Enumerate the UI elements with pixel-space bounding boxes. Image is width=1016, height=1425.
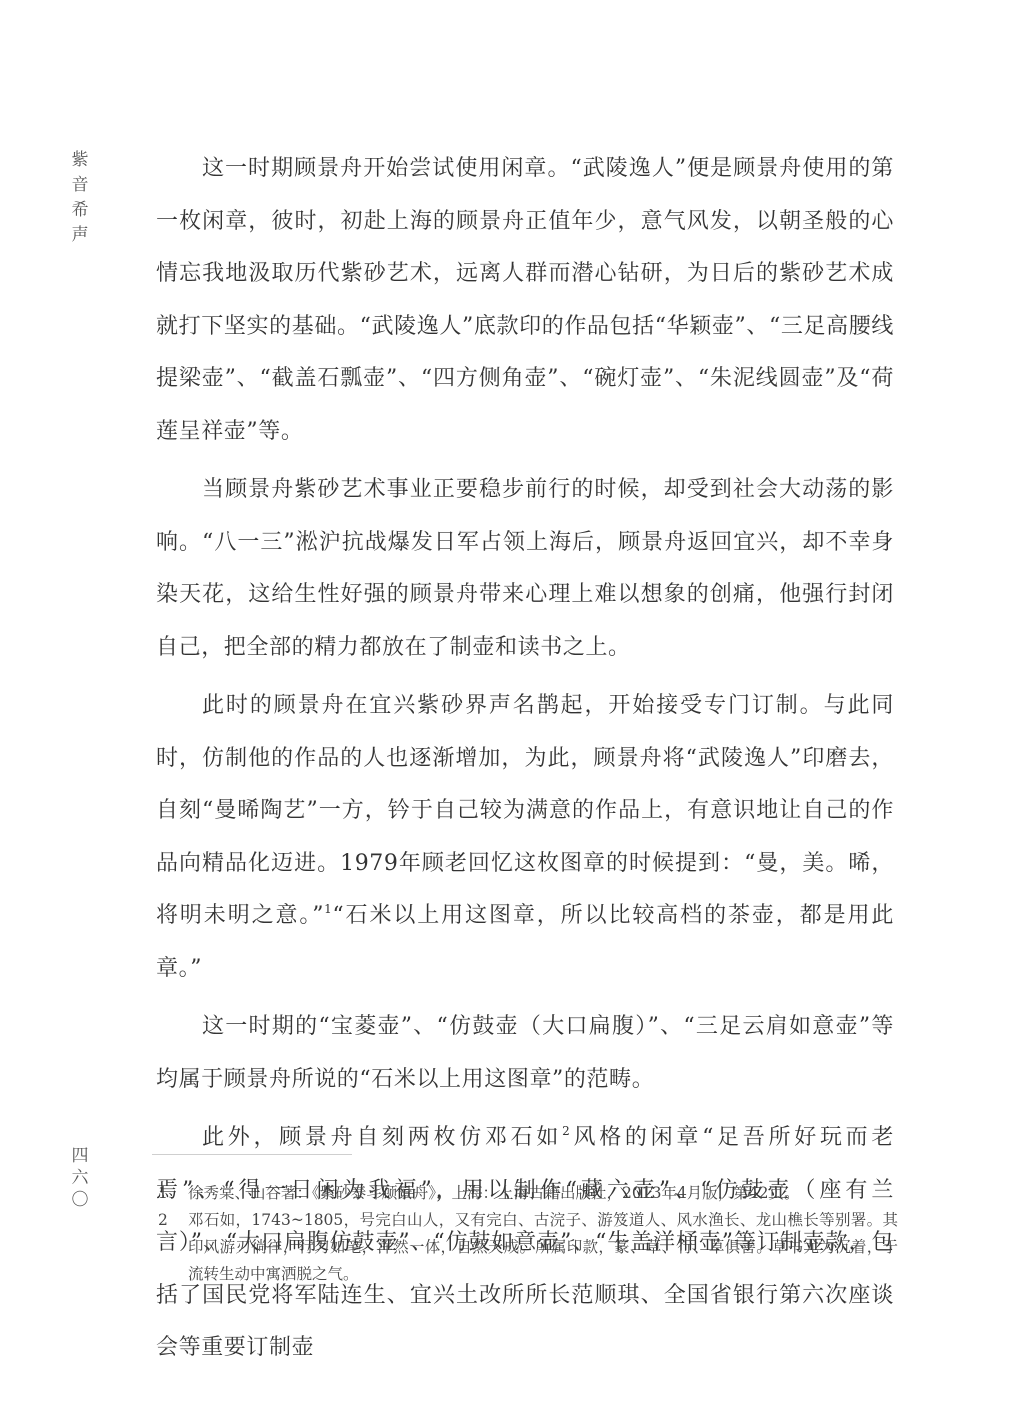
running-head-char: 希 <box>68 198 92 223</box>
page-number-char: 六 <box>68 1167 92 1189</box>
paragraph-text: 此外，顾景舟自刻两枚仿邓石如 <box>202 1125 562 1150</box>
footnote-number: 1 <box>158 1180 188 1207</box>
paragraph: 此时的顾景舟在宜兴紫砂界声名鹊起，开始接受专门订制。与此同时，仿制他的作品的人也… <box>156 680 894 995</box>
paragraph: 这一时期顾景舟开始尝试使用闲章。“武陵逸人”便是顾景舟使用的第一枚闲章，彼时，初… <box>156 143 894 458</box>
footnote-number: 2 <box>158 1207 188 1288</box>
running-head-char: 声 <box>68 223 92 248</box>
footnotes: 1 徐秀棠、山谷著：《紫砂泰斗顾景舟》，上海：上海古籍出版社，2013年4月版，… <box>158 1180 898 1288</box>
page-number-char: 〇 <box>68 1189 92 1211</box>
page-number: 四 六 〇 <box>68 1145 92 1211</box>
footnote: 1 徐秀棠、山谷著：《紫砂泰斗顾景舟》，上海：上海古籍出版社，2013年4月版，… <box>158 1180 898 1207</box>
page-number-char: 四 <box>68 1145 92 1167</box>
footnote: 2 邓石如，1743~1805，号完白山人，又有完白、古浣子、游笈道人、风水渔长… <box>158 1207 898 1288</box>
footnote-text: 邓石如，1743~1805，号完白山人，又有完白、古浣子、游笈道人、风水渔长、龙… <box>188 1207 898 1288</box>
footnote-text: 徐秀棠、山谷著：《紫砂泰斗顾景舟》，上海：上海古籍出版社，2013年4月版，第4… <box>188 1180 898 1207</box>
running-head-char: 紫 <box>68 148 92 173</box>
paragraph: 这一时期的“宝菱壶”、“仿鼓壶（大口扁腹）”、“三足云肩如意壶”等均属于顾景舟所… <box>156 1001 894 1106</box>
paragraph: 当顾景舟紫砂艺术事业正要稳步前行的时候，却受到社会大动荡的影响。“八一三”淞沪抗… <box>156 464 894 674</box>
footnote-divider <box>152 1154 352 1155</box>
running-head: 紫 音 希 声 <box>68 148 92 248</box>
paragraph-text: 此时的顾景舟在宜兴紫砂界声名鹊起，开始接受专门订制。与此同时，仿制他的作品的人也… <box>156 693 894 928</box>
running-head-char: 音 <box>68 173 92 198</box>
